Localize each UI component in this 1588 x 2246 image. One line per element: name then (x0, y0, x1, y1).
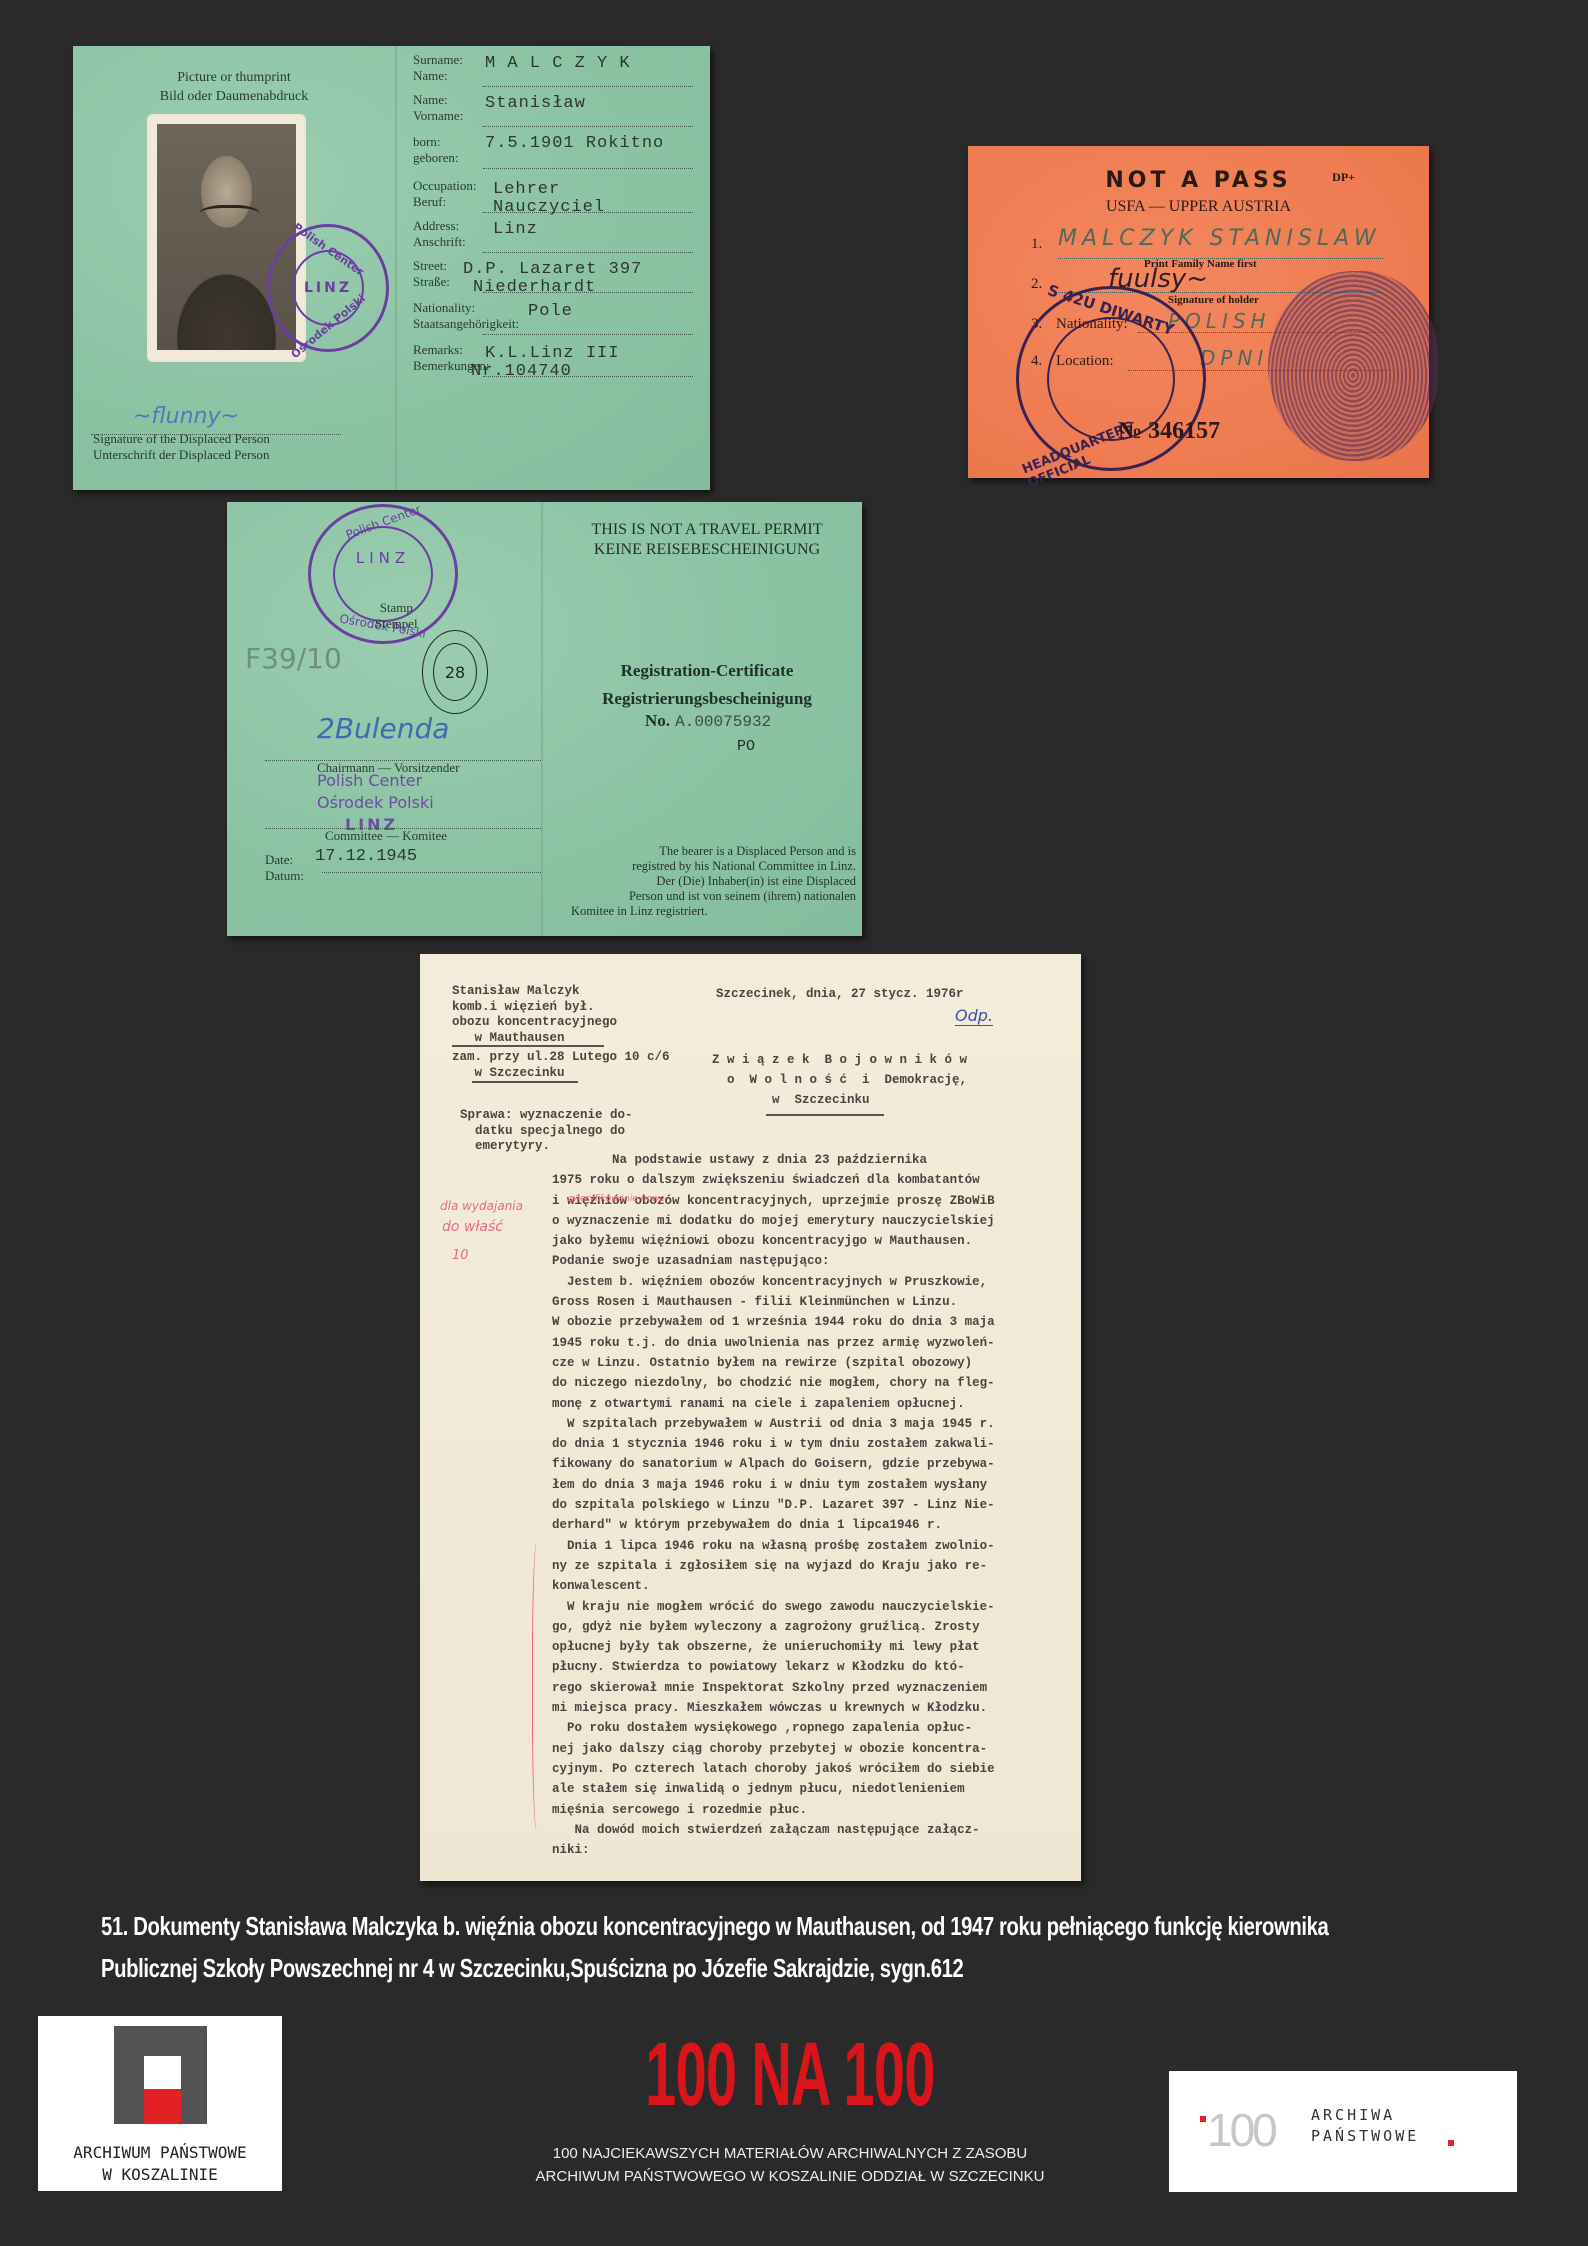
letter-subject: Sprawa: wyznaczenie do- datku specjalneg… (460, 1108, 633, 1155)
polish-center-stamp: Polish Center LINZ Ośrodek Polski (267, 224, 389, 352)
center-stamp-text: Polish Center Ośrodek Polski LINZ (317, 770, 434, 836)
reply-mark: Odp. (955, 1006, 993, 1026)
logo-100: 100 (1207, 2105, 1275, 2155)
red-margin-line (532, 1542, 544, 1832)
field-label: born:geboren: (413, 134, 458, 166)
dp-identity-card: Picture or thumprint Bild oder Daumenabd… (73, 46, 710, 490)
chairman-signature: 2Bulenda (317, 712, 449, 745)
field-label: Surname:Name: (413, 52, 463, 84)
letter-date: Szczecinek, dnia, 27 stycz. 1976r (716, 984, 964, 1004)
photo-label: Picture or thumprint Bild oder Daumenabd… (73, 68, 395, 106)
letter-address: zam. przy ul.28 Lutego 10 c/6 w Szczecin… (452, 1050, 670, 1081)
certificate-code: PO (737, 738, 755, 755)
location-value: DPNI (1200, 346, 1268, 370)
registration-date: 17.12.1945 (315, 847, 417, 866)
field-value: K.L.Linz III (485, 344, 619, 363)
letter-sender: Stanisław Malczyk komb.i więzień był. ob… (452, 984, 617, 1046)
flag-square-icon (114, 2026, 207, 2124)
series-subtitle: 100 NAJCIEKAWSZYCH MATERIAŁÓW ARCHIWALNY… (480, 2142, 1100, 2188)
exhibit-caption: 51. Dokumenty Stanisława Malczyka b. wię… (101, 1905, 1328, 1989)
archiwa-panstwowe-logo: 100 ARCHIWA PAŃSTWOWE (1169, 2071, 1517, 2192)
travel-permit-heading: THIS IS NOT A TRAVEL PERMIT KEINE REISEB… (557, 520, 857, 560)
field-value: M A L C Z Y K (485, 54, 631, 73)
field-value: Lehrer (493, 180, 560, 199)
typed-letter: Stanisław Malczyk komb.i więzień był. ob… (420, 954, 1081, 1881)
letter-body: Na podstawie ustawy z dnia 23 październi… (552, 1150, 995, 1860)
family-name-value: MALCZYK STANISLAW (1058, 226, 1381, 251)
field-value: 7.5.1901 Rokitno (485, 134, 664, 153)
not-a-pass-card: NOT A PASS DP+ USFA — UPPER AUSTRIA 1. M… (968, 146, 1429, 478)
field-label: Address:Anschrift: (413, 218, 466, 250)
field-value: Pole (528, 302, 573, 321)
red-dot-icon (1448, 2140, 1454, 2146)
signature-label: Signature of the Displaced Person Unters… (93, 431, 270, 463)
letter-recipient: Z w i ą z e k B o j o w n i k ó w o W o … (712, 1050, 967, 1110)
archive-koszalin-logo: ARCHIWUM PAŃSTWOWE W KOSZALINIE (38, 2016, 282, 2191)
pass-title: NOT A PASS (968, 168, 1429, 193)
field-value: Niederhardt (473, 278, 596, 297)
certificate-footer: The bearer is a Displaced Person and is … (571, 844, 856, 919)
glasses-shape (199, 205, 260, 228)
pass-code: DP+ (1332, 170, 1355, 185)
pass-subtitle: USFA — UPPER AUSTRIA (968, 198, 1429, 216)
archive-stamp: 28 (422, 630, 488, 714)
series-title: 100 NA 100 (635, 2030, 945, 2120)
certificate-title: Registration-Certificate Registrierungsb… (557, 657, 857, 713)
field-label: Street:Straße: (413, 258, 450, 290)
thumbprint (1268, 271, 1438, 461)
red-dot-icon (1200, 2116, 1206, 2122)
pencil-note: F39/10 (245, 642, 342, 675)
field-label: Occupation:Beruf: (413, 178, 477, 210)
field-value: Nr.104740 (471, 362, 572, 381)
field-value: Stanisław (485, 94, 586, 113)
registration-certificate: Polish Center LINZ Ośrodek Polski Stamp … (227, 502, 862, 936)
field-value: Nauczyciel (493, 198, 605, 217)
field-value: D.P. Lazaret 397 (463, 260, 642, 279)
pass-number: № 346157 (1118, 418, 1220, 445)
card-fold (395, 46, 397, 490)
field-value: Linz (493, 220, 538, 239)
stamp-label: Stamp Stempel (375, 600, 418, 632)
field-label: Name:Vorname: (413, 92, 463, 124)
certificate-number: No. A.00075932 (645, 711, 771, 731)
field-label: Nationality:Staatsangehörigkeit: (413, 300, 519, 332)
holder-signature: ~flunny~ (133, 404, 239, 429)
